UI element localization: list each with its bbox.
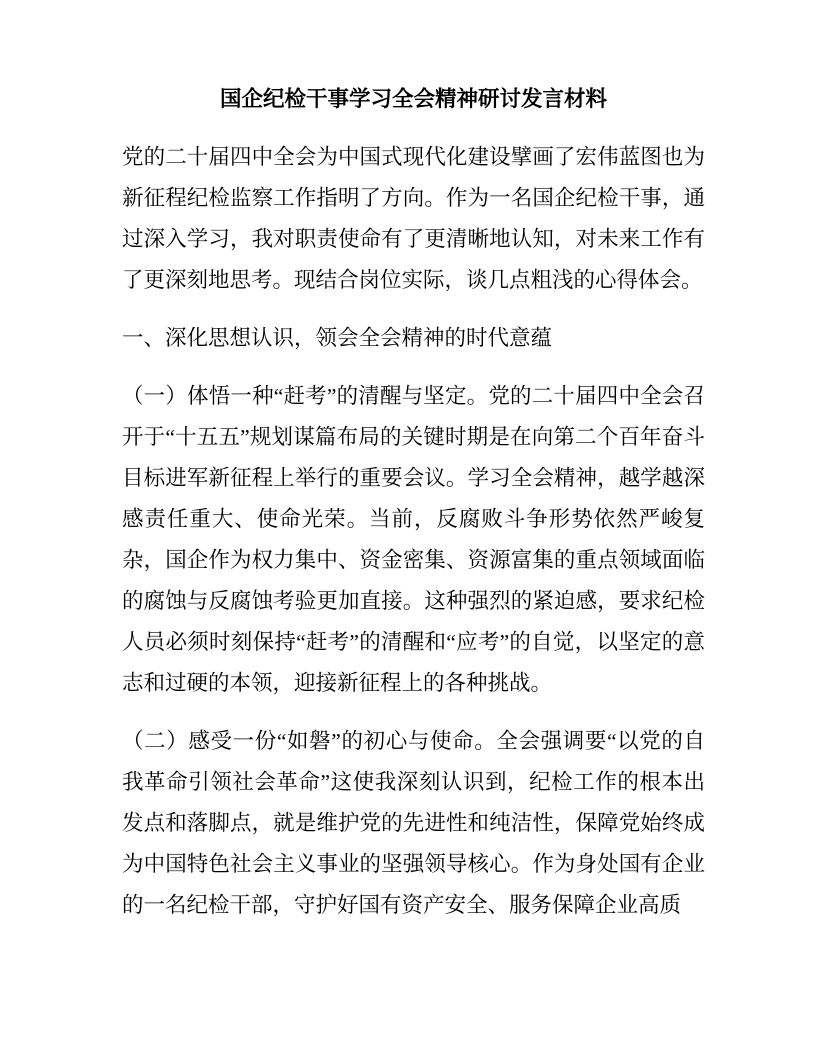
document-page: 国企纪检干事学习全会精神研讨发言材料 党的二十届四中全会为中国式现代化建设擘画了… — [0, 0, 816, 1056]
paragraph-point-2: （二）感受一份“如磐”的初心与使命。全会强调要“以党的自我革命引领社会革命”这使… — [122, 721, 705, 926]
document-title: 国企纪检干事学习全会精神研讨发言材料 — [122, 79, 705, 120]
intro-paragraph: 党的二十届四中全会为中国式现代化建设擘画了宏伟蓝图也为新征程纪检监察工作指明了方… — [122, 137, 705, 301]
paragraph-point-1: （一）体悟一种“赶考”的清醒与坚定。党的二十届四中全会召开于“十五五”规划谋篇布… — [122, 376, 705, 704]
section-heading-1: 一、深化思想认识，领会全会精神的时代意蕴 — [122, 318, 705, 359]
